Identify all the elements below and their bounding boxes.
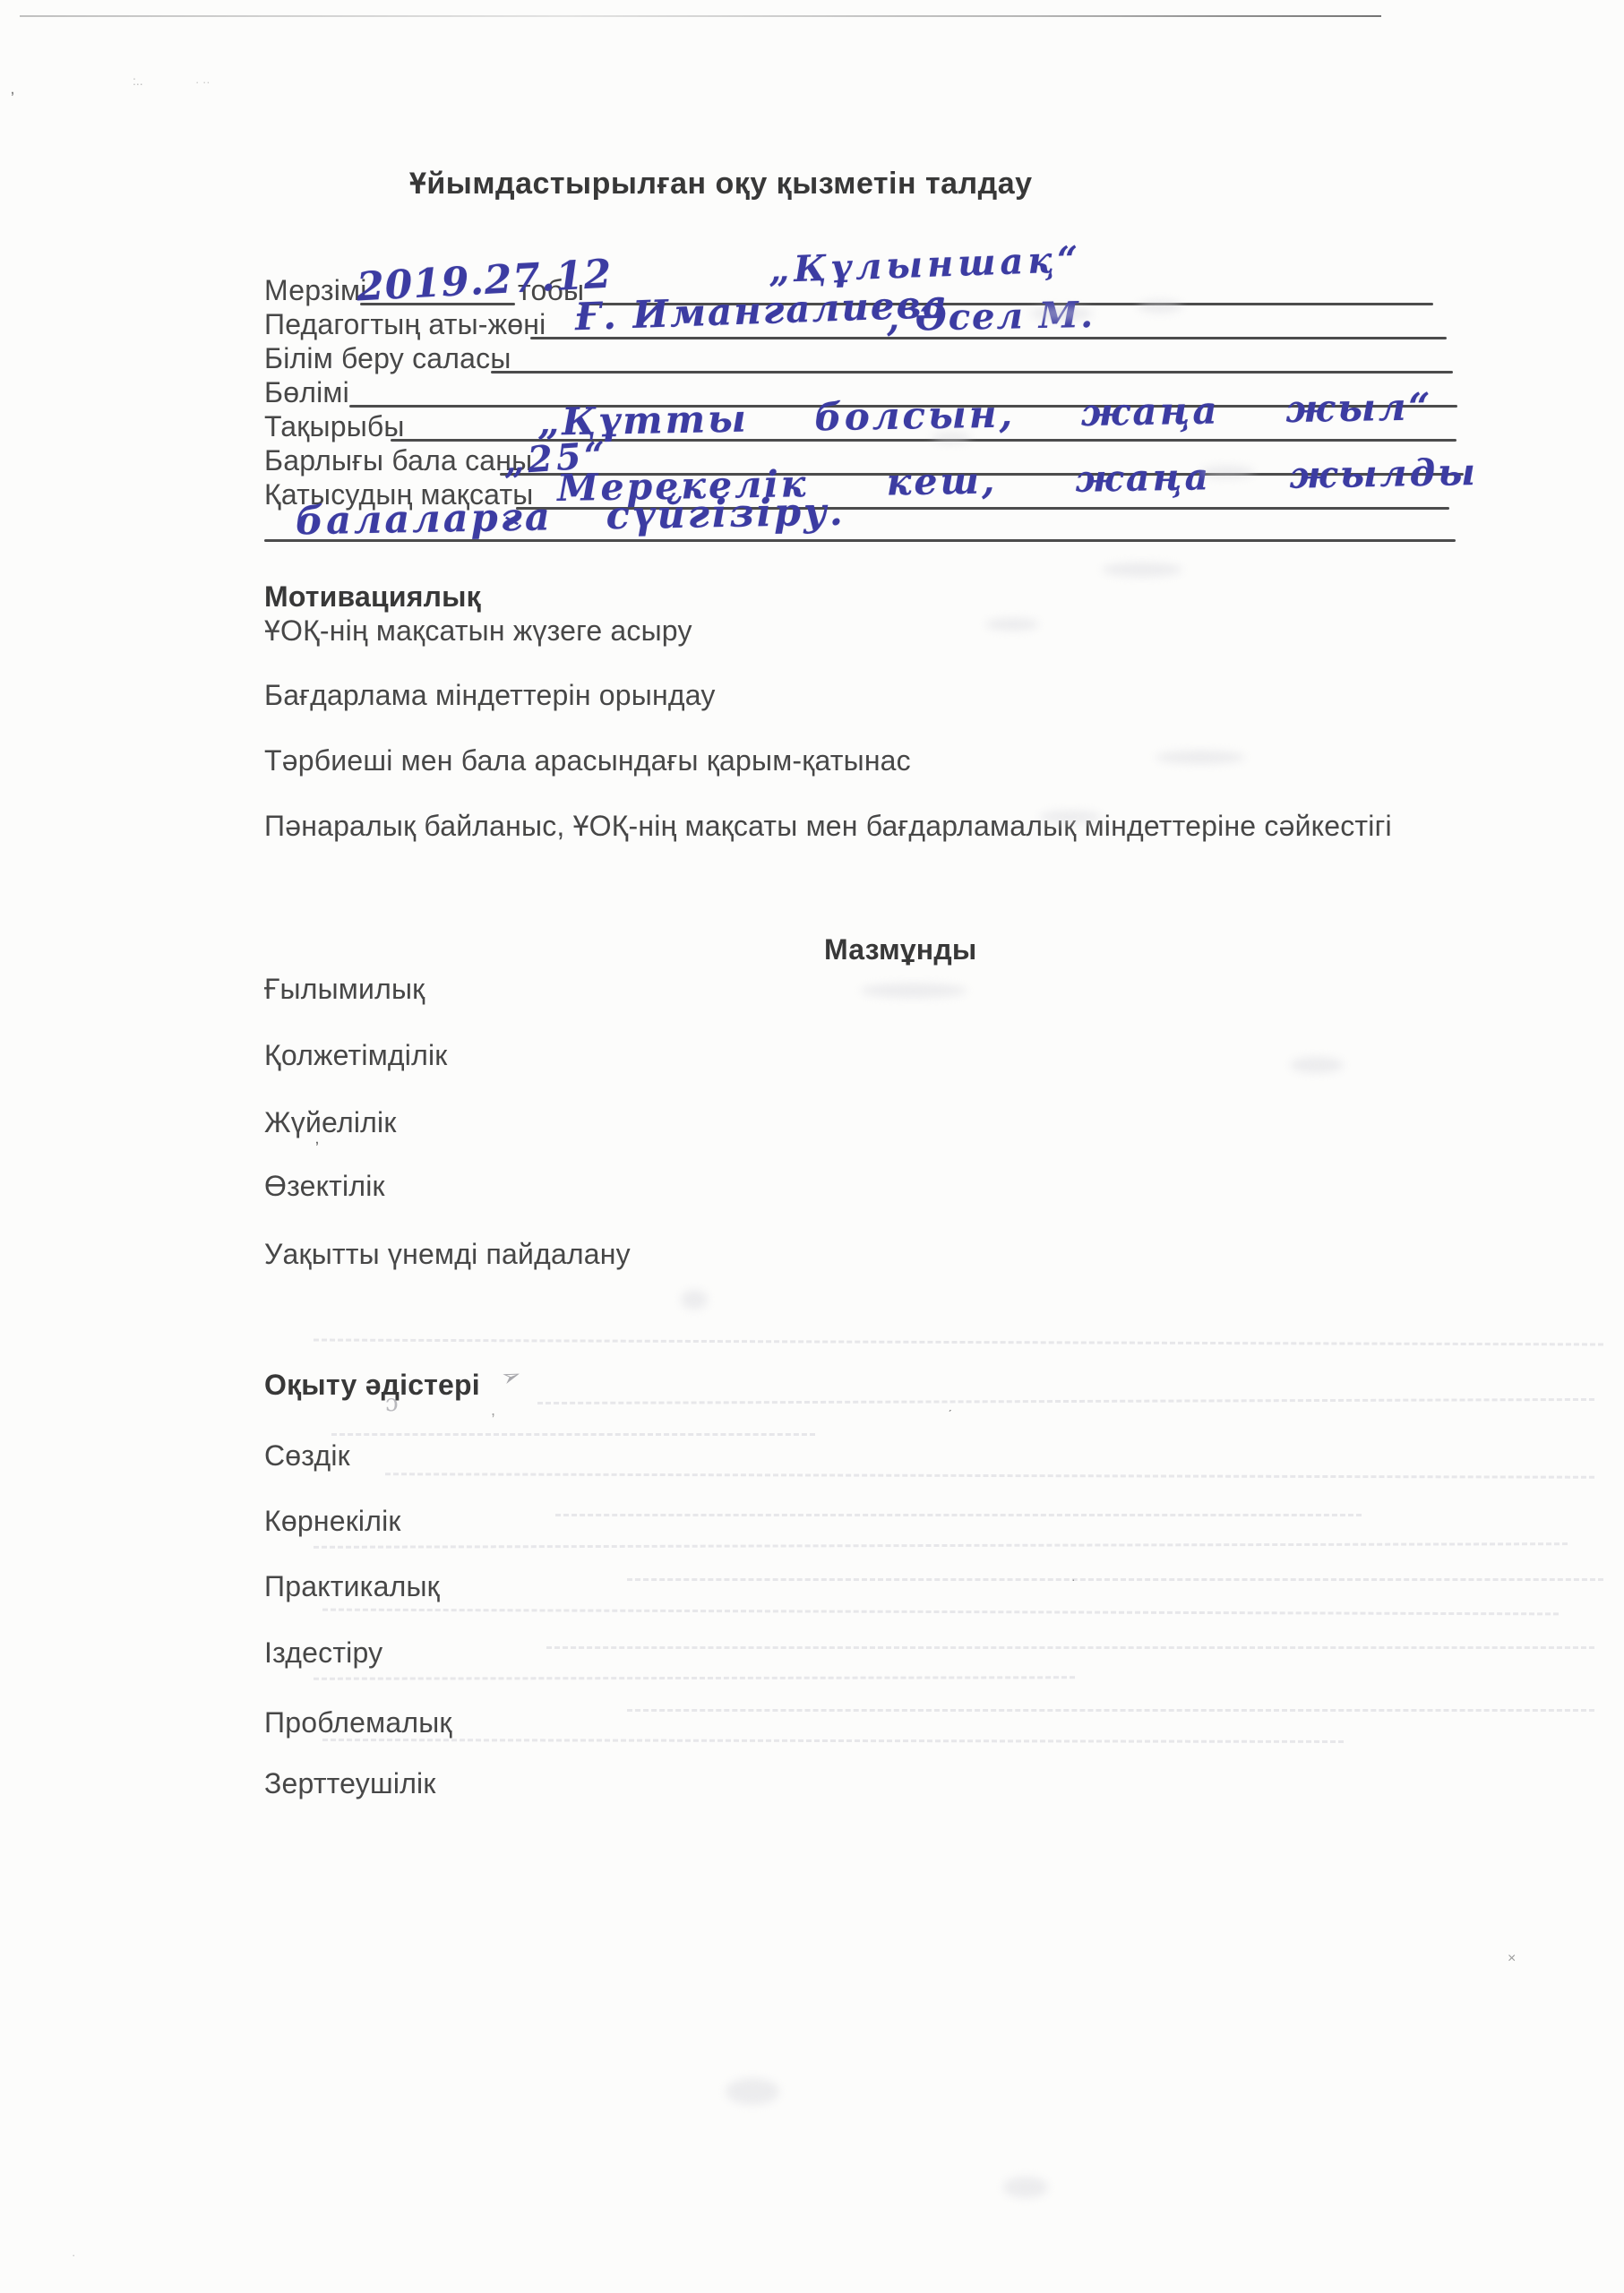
dust-speck: ·: [72, 2248, 75, 2262]
bleedthrough-smudge: [1200, 466, 1254, 478]
field-label-pedagog: Педагогтың аты-жөні: [264, 308, 546, 341]
bleedthrough-smudge: [1290, 1057, 1344, 1073]
content-item: Уақытты үнемді пайдалану: [264, 1238, 631, 1271]
ghost-line: [322, 1609, 1559, 1616]
dust-speck: · ··: [195, 75, 211, 89]
bleedthrough-smudge: [860, 983, 967, 998]
ghost-line: [314, 1676, 1075, 1679]
dust-speck: :..: [133, 73, 143, 88]
section-heading-content: Мазмұнды: [824, 933, 976, 966]
field-label-bilim: Білім беру саласы: [264, 342, 511, 375]
content-item: Жүйелілік: [264, 1106, 397, 1139]
dust-speck: ˏ: [948, 1397, 952, 1412]
methods-item: Сөздік: [264, 1439, 350, 1473]
bleedthrough-smudge: [1102, 563, 1182, 577]
bleedthrough-smudge: [1039, 811, 1102, 823]
bleedthrough-smudge: [1138, 300, 1182, 313]
field-label-bolimi: Бөлімі: [264, 376, 349, 409]
ghost-line: [314, 1542, 1568, 1549]
methods-item: Практикалық: [264, 1570, 440, 1603]
content-item: Қолжетімділік: [264, 1039, 447, 1072]
methods-item: Көрнекілік: [264, 1505, 401, 1538]
content-item: Өзектілік: [264, 1170, 385, 1203]
ink-speck: ʼ: [315, 1139, 319, 1158]
dust-speck: ,: [491, 1401, 495, 1420]
methods-item: Зерттеушілік: [264, 1767, 436, 1800]
ghost-line: [627, 1709, 1594, 1712]
motivation-item: Бағдарлама міндеттерін орындау: [264, 679, 716, 712]
bleedthrough-smudge: [726, 2078, 779, 2105]
field-line-bilim: [491, 371, 1453, 374]
bleedthrough-smudge: [681, 1290, 708, 1310]
field-label-takyryby: Тақырыбы: [264, 410, 405, 443]
bleedthrough-smudge: [1156, 751, 1245, 764]
ink-speck: ʼ: [11, 90, 14, 108]
ghost-line: [537, 1398, 1594, 1404]
ghost-line: [546, 1646, 1594, 1649]
motivation-item: Тәрбиеші мен бала арасындағы қарым-қатын…: [264, 744, 911, 777]
ghost-line: [331, 1433, 815, 1436]
ghost-line: [627, 1578, 1603, 1581]
content-item: Ғылымилық: [264, 973, 425, 1006]
ghost-line: [314, 1338, 1603, 1345]
scan-edge-line: [20, 15, 1381, 17]
dust-speck: ×: [1508, 1951, 1516, 1967]
ghost-line: [555, 1514, 1362, 1516]
motivation-item: ҰОҚ-нің мақсатын жүзеге асыру: [264, 614, 692, 648]
scanned-document-page: ʼ :.. · ·· Ұйымдастырылған оқу қызметін …: [0, 0, 1624, 2293]
handwriting-katysu-line2: балаларға сүйгізіру.: [296, 490, 846, 545]
dust-speck: ·: [1071, 1572, 1076, 1586]
bleedthrough-smudge: [985, 618, 1039, 631]
bleedthrough-smudge: [1003, 2177, 1048, 2198]
pen-curl-mark: ɔ: [385, 1390, 399, 1417]
section-heading-motivation: Мотивациялық: [264, 580, 481, 614]
bleedthrough-smudge: [932, 432, 971, 443]
methods-item: Проблемалық: [264, 1706, 452, 1739]
motivation-item: Пәнаралық байланыс, ҰОҚ-нің мақсаты мен …: [264, 810, 1392, 843]
ghost-line: [385, 1473, 1594, 1479]
handwriting-takyryby: „Құтты болсын, жаңа жыл“: [537, 384, 1433, 443]
bleedthrough-smudge: [1030, 306, 1093, 321]
methods-item: Іздестіру: [264, 1636, 382, 1670]
field-label-merzimi: Мерзімі: [264, 274, 367, 307]
section-heading-methods: Оқыту әдістері: [264, 1369, 480, 1402]
field-label-barlygy: Барлығы бала саны: [264, 444, 532, 477]
pen-smear-mark: ➢: [498, 1361, 526, 1393]
document-title: Ұйымдастырылған оқу қызметін талдау: [409, 167, 1033, 202]
ghost-line: [322, 1739, 1344, 1743]
